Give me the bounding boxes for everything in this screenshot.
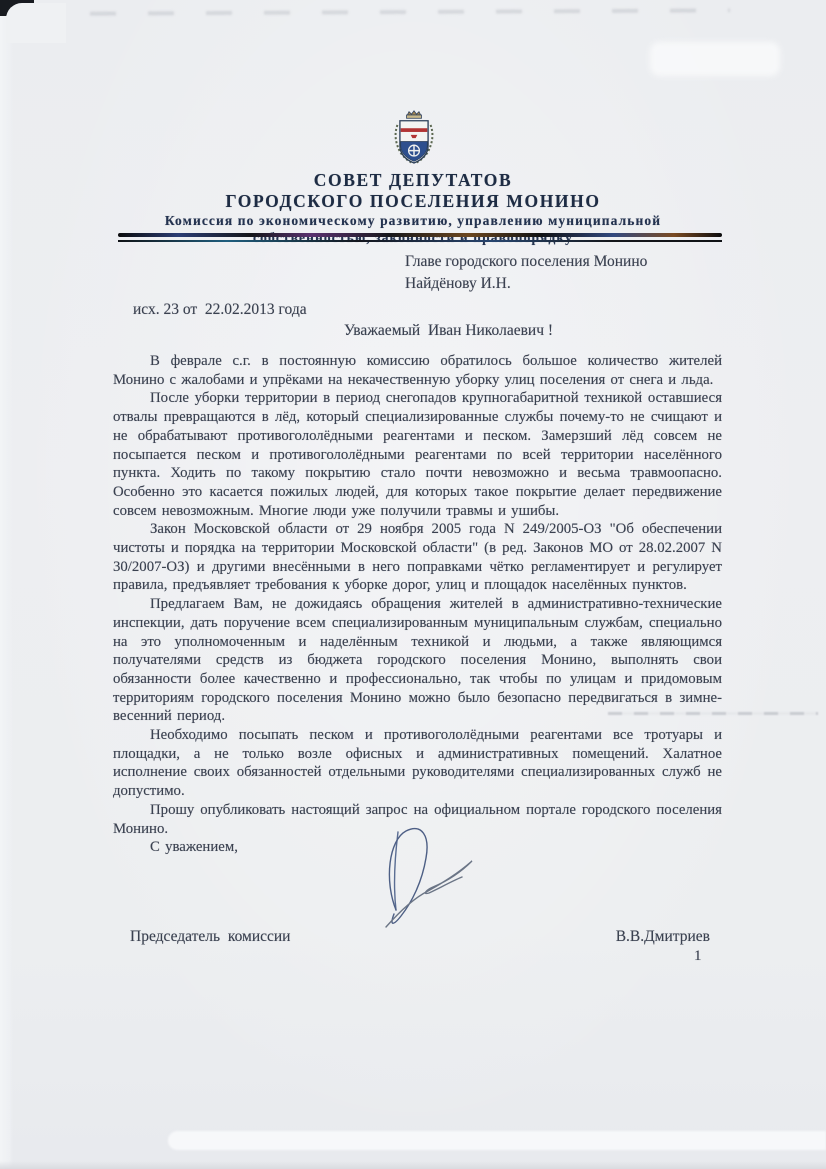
handwritten-signature bbox=[356, 824, 508, 938]
salutation: Уважаемый Иван Николаевич ! bbox=[344, 322, 553, 340]
coat-of-arms-icon bbox=[388, 110, 440, 168]
paragraph-1: В феврале с.г. в постоянную комиссию обр… bbox=[113, 352, 722, 389]
paragraph-4: Предлагаем Вам, не дожидаясь обращения ж… bbox=[113, 595, 722, 726]
letterhead-divider-thick bbox=[118, 233, 722, 237]
org-name-line1: СОВЕТ ДЕПУТАТОВ bbox=[63, 170, 763, 191]
scan-smudge-right bbox=[650, 42, 780, 76]
paper-rounded-corner bbox=[6, 3, 66, 43]
commission-line1: Комиссия по экономическому развитию, упр… bbox=[63, 212, 763, 229]
org-name-line2: ГОРОДСКОГО ПОСЕЛЕНИЯ МОНИНО bbox=[63, 191, 763, 212]
scan-light-strip-bottom bbox=[168, 1131, 826, 1150]
scan-smudge-top bbox=[90, 8, 730, 15]
addressee-name: Найдёнову И.Н. bbox=[405, 273, 715, 295]
paragraph-2: После уборки территории в период снегопа… bbox=[113, 389, 722, 520]
letterhead-divider-thin bbox=[118, 240, 722, 242]
addressee-title: Главе городского поселения Монино bbox=[405, 251, 715, 273]
signoff-row: Председатель комиссии В.В.Дмитриев bbox=[130, 928, 710, 946]
signer-name: В.В.Дмитриев bbox=[616, 928, 710, 946]
signer-position: Председатель комиссии bbox=[130, 928, 290, 946]
outgoing-reference: исх. 23 от 22.02.2013 года bbox=[133, 301, 307, 319]
letter-body: В феврале с.г. в постоянную комиссию обр… bbox=[113, 352, 722, 857]
paper-left-edge bbox=[0, 0, 13, 1169]
paragraph-3: Закон Московской области от 29 ноября 20… bbox=[113, 520, 722, 595]
paragraph-5: Необходимо посыпать песком и противоголо… bbox=[113, 726, 722, 801]
scanned-letter: СОВЕТ ДЕПУТАТОВ ГОРОДСКОГО ПОСЕЛЕНИЯ МОН… bbox=[0, 0, 826, 1169]
addressee-block: Главе городского поселения Монино Найдён… bbox=[405, 251, 715, 294]
paper-bottom-edge bbox=[0, 1161, 826, 1169]
page-number: 1 bbox=[694, 948, 702, 965]
commission-line2: собственностью, законности и правопорядк… bbox=[63, 229, 763, 246]
